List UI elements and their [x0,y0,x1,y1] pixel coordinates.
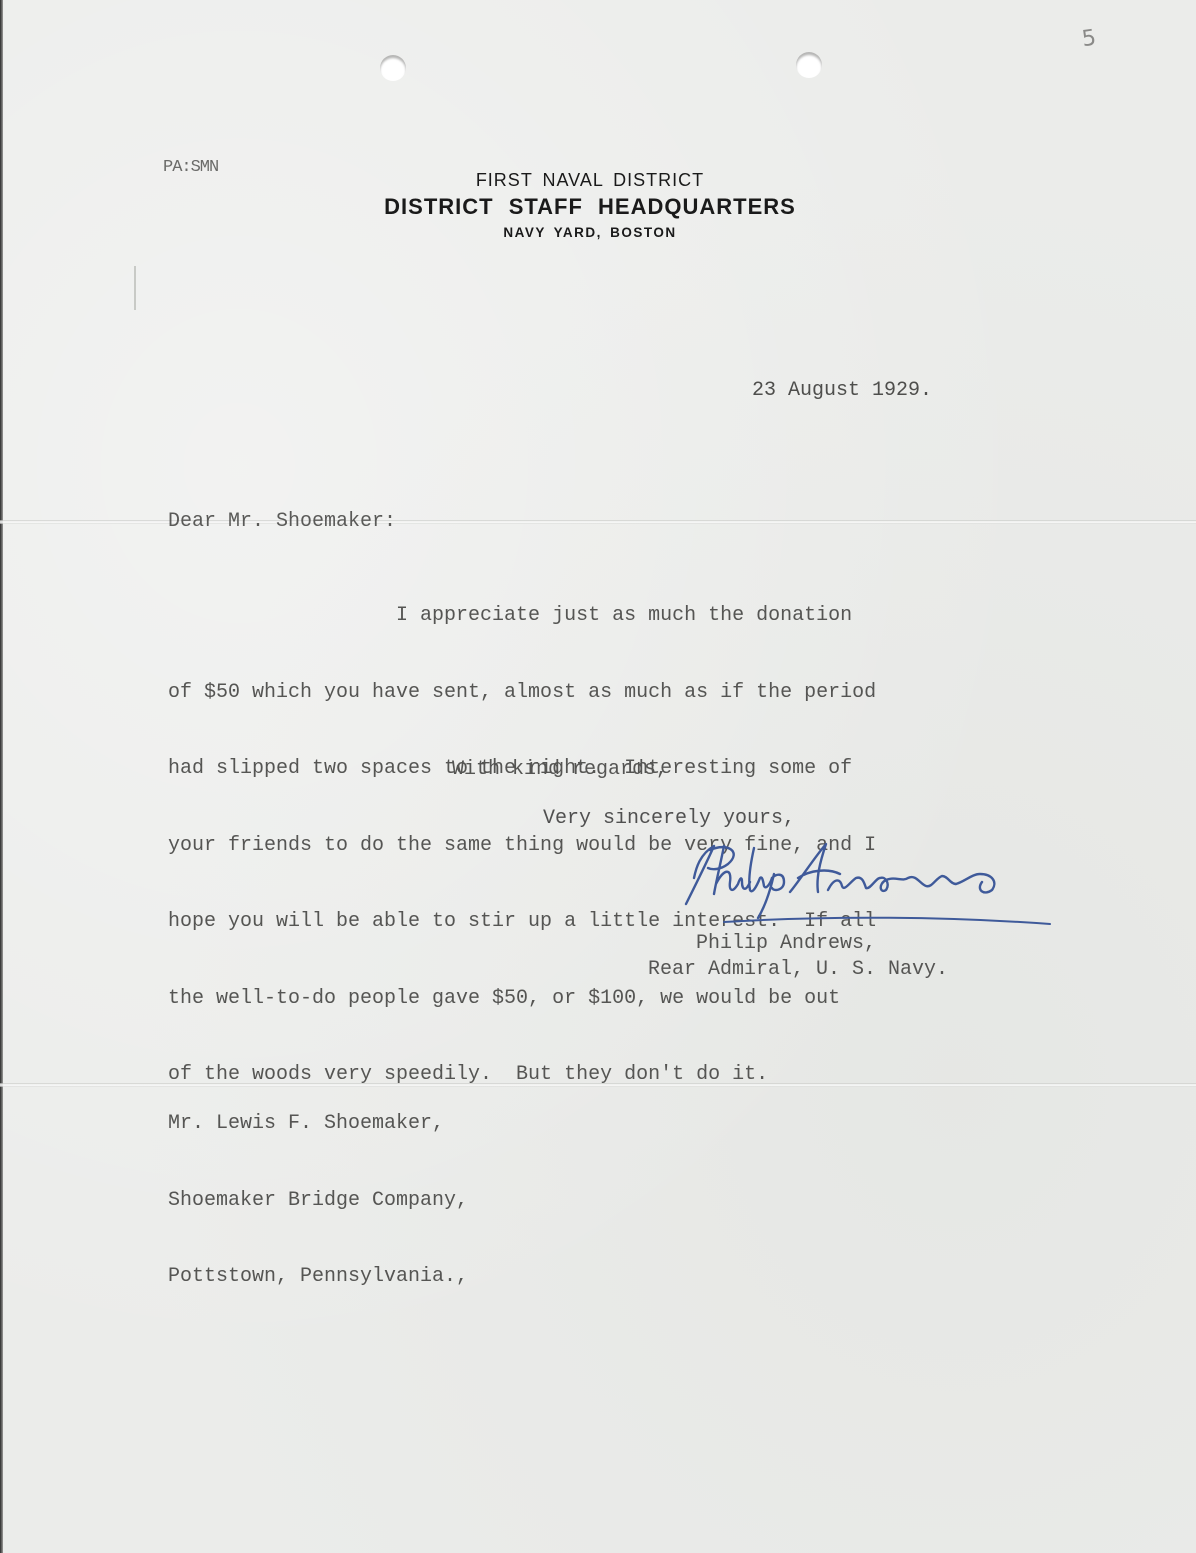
paper-mark [134,266,136,310]
signer-title: Rear Admiral, U. S. Navy. [648,957,948,983]
handwritten-signature [680,838,1170,928]
body-line: the well-to-do people gave $50, or $100,… [168,986,876,1012]
signer-name: Philip Andrews, [696,931,876,957]
letterhead-line2: DISTRICT STAFF HEADQUARTERS [330,193,850,221]
closing-regards: With kind regards, [452,757,668,783]
closing-valediction: Very sincerely yours, [543,806,795,832]
body-line: of $50 which you have sent, almost as mu… [168,680,876,706]
page-edge-shadow [0,0,3,1553]
punch-hole-right [796,52,822,78]
handwritten-page-number: 5 [1080,25,1101,52]
letter-date: 23 August 1929. [752,378,932,404]
letterhead-line3: NAVY YARD, BOSTON [330,221,850,245]
recipient-address: Mr. Lewis F. Shoemaker, Shoemaker Bridge… [168,1060,468,1341]
address-line: Shoemaker Bridge Company, [168,1188,468,1214]
body-line: I appreciate just as much the donation [168,603,876,629]
punch-hole-left [380,55,406,81]
letter-page: 5 PA:SMN FIRST NAVAL DISTRICT DISTRICT S… [0,0,1196,1553]
salutation: Dear Mr. Shoemaker: [168,509,396,535]
reference-initials: PA:SMN [163,158,218,177]
letterhead: FIRST NAVAL DISTRICT DISTRICT STAFF HEAD… [330,167,850,245]
letterhead-line1: FIRST NAVAL DISTRICT [330,167,850,193]
address-line: Mr. Lewis F. Shoemaker, [168,1111,468,1137]
address-line: Pottstown, Pennsylvania., [168,1264,468,1290]
